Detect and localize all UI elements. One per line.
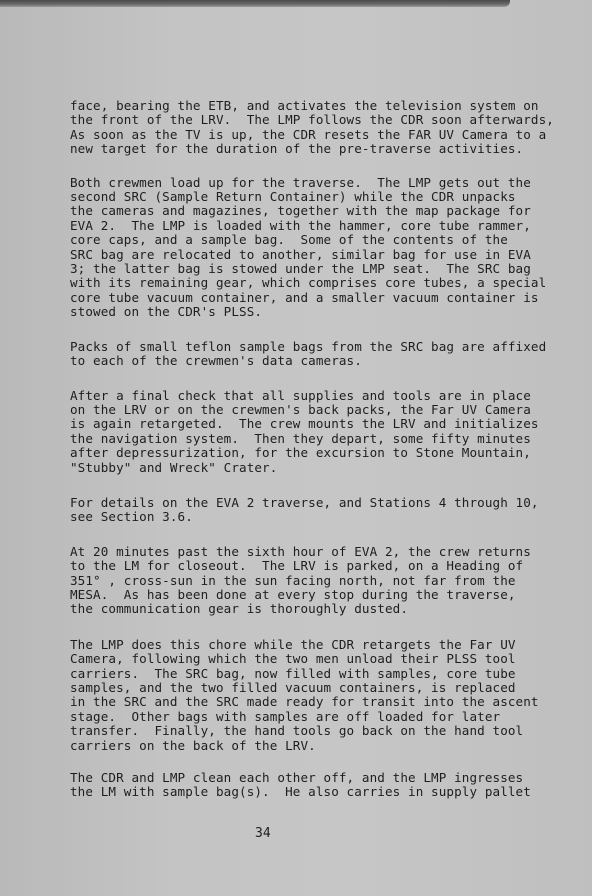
paragraph-load-up: Both crewmen load up for the traverse. T… xyxy=(70,176,540,320)
paragraph-unload: The LMP does this chore while the CDR re… xyxy=(70,638,540,753)
document-page: face, bearing the ETB, and activates the… xyxy=(0,0,592,896)
body-text: face, bearing the ETB, and activates the… xyxy=(70,99,540,814)
paragraph-closeout: At 20 minutes past the sixth hour of EVA… xyxy=(70,545,540,617)
paragraph-section-ref: For details on the EVA 2 traverse, and S… xyxy=(70,496,540,525)
paragraph-departure: After a final check that all supplies an… xyxy=(70,389,540,475)
scan-edge-shadow xyxy=(0,0,510,7)
page-number: 34 xyxy=(255,826,271,841)
paragraph-ingress: The CDR and LMP clean each other off, an… xyxy=(70,771,540,800)
paragraph-tv-setup: face, bearing the ETB, and activates the… xyxy=(70,99,540,157)
paragraph-sample-bags: Packs of small teflon sample bags from t… xyxy=(70,340,540,369)
